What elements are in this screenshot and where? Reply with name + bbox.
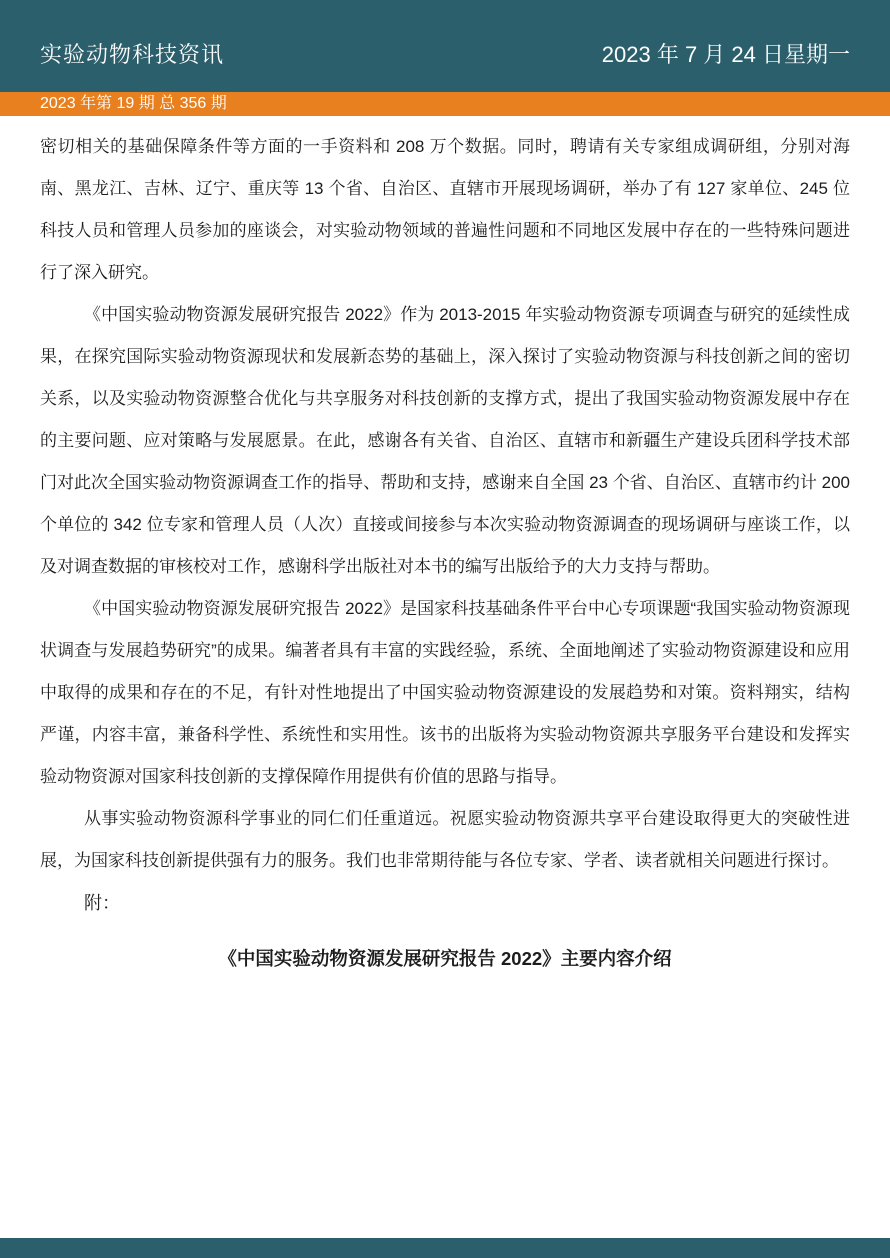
newsletter-page: 实验动物科技资讯 2023 年 7 月 24 日星期一 2023 年第 19 期… [0,0,890,1258]
attachment-label: 附： [40,882,850,924]
body-paragraph: 《中国实验动物资源发展研究报告 2022》是国家科技基础条件平台中心专项课题“我… [40,588,850,798]
newsletter-title: 实验动物科技资讯 [40,38,224,69]
appendix-title: 《中国实验动物资源发展研究报告 2022》主要内容介绍 [40,938,850,980]
masthead: 实验动物科技资讯 2023 年 7 月 24 日星期一 [0,0,890,92]
body-paragraph-continuation: 密切相关的基础保障条件等方面的一手资料和 208 万个数据。同时，聘请有关专家组… [40,126,850,294]
footer-bar [0,1238,890,1258]
body-paragraph: 《中国实验动物资源发展研究报告 2022》作为 2013-2015 年实验动物资… [40,294,850,588]
body-paragraph: 从事实验动物资源科学事业的同仁们任重道远。祝愿实验动物资源共享平台建设取得更大的… [40,798,850,882]
issue-date: 2023 年 7 月 24 日星期一 [602,38,850,69]
document-body: 密切相关的基础保障条件等方面的一手资料和 208 万个数据。同时，聘请有关专家组… [0,116,890,980]
issue-number-label: 2023 年第 19 期 总 356 期 [40,95,227,112]
issue-number-bar: 2023 年第 19 期 总 356 期 [0,92,890,116]
